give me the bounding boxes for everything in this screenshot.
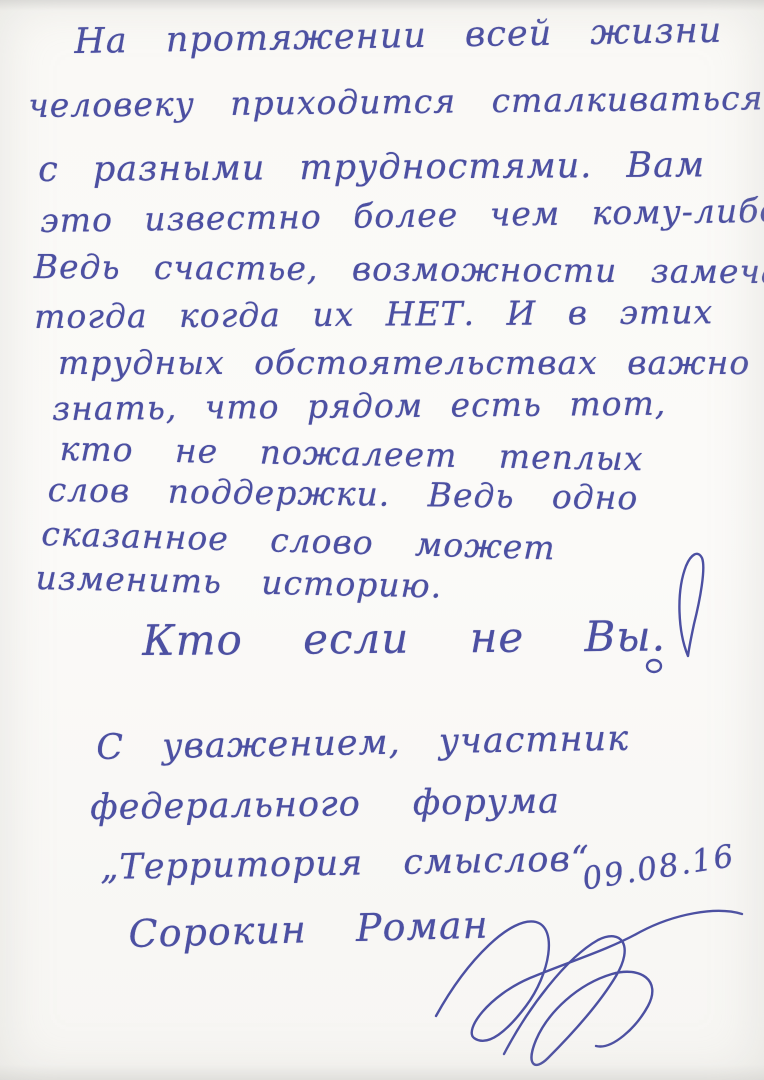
handwritten-line: с разными трудностями. Вам xyxy=(38,145,705,190)
slogan-line: Кто если не Вы. xyxy=(142,611,666,665)
handwritten-line: трудных обстоятельствах важно xyxy=(58,343,750,382)
handwritten-line: изменить историю. xyxy=(35,558,442,606)
closing-line: федерального форума xyxy=(90,781,560,828)
closing-line: „Территория смыслов“ xyxy=(100,839,590,888)
exclamation-mark-flourish-icon xyxy=(626,548,716,678)
handwritten-line: человеку приходится сталкиваться xyxy=(28,78,764,125)
handwritten-line: слов поддержки. Ведь одно xyxy=(47,470,638,517)
closing-line: С уважением, участник xyxy=(96,719,629,768)
letter-page: На протяжении всей жизни человеку приход… xyxy=(0,0,764,1080)
handwritten-line: тогда когда их НЕТ. И в этих xyxy=(34,292,713,336)
handwritten-line: это известно более чем кому-либо xyxy=(40,191,764,240)
handwritten-line: знать, что рядом есть тот, xyxy=(52,384,666,428)
handwritten-line: Ведь счастье, возможности замечают xyxy=(34,247,764,292)
handwritten-line: На протяжении всей жизни xyxy=(74,11,723,62)
signature xyxy=(408,888,748,1074)
